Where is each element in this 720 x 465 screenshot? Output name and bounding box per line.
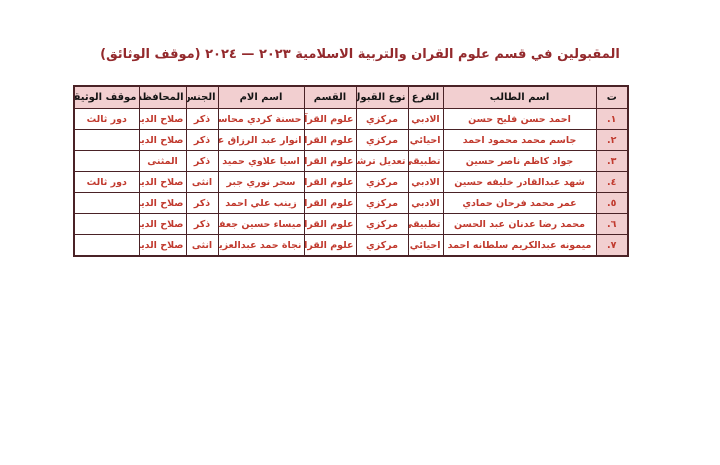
data-cell: انثى bbox=[186, 235, 218, 257]
data-cell: دور ثالث bbox=[74, 172, 139, 193]
data-cell: جاسم محمد محمود احمد bbox=[443, 130, 596, 151]
data-cell: علوم القران bbox=[304, 151, 356, 172]
data-cell: المثنى bbox=[139, 151, 186, 172]
data-cell: ذكر bbox=[186, 193, 218, 214]
data-cell: احمد حسن فليح حسن bbox=[443, 109, 596, 130]
table-row: ٥.عمر محمد فرحان حماديالادبيمركزيعلوم ال… bbox=[74, 193, 628, 214]
data-cell: صلاح الدين bbox=[139, 109, 186, 130]
header-row: تاسم الطالبالفرعنوع القبولالقسماسم الاما… bbox=[74, 86, 628, 109]
data-cell bbox=[74, 193, 139, 214]
data-cell: صلاح الدين bbox=[139, 214, 186, 235]
column-header: القسم bbox=[304, 86, 356, 109]
serial-cell: ٧. bbox=[596, 235, 628, 257]
table-row: ٣.جواد كاظم ناصر حسينتطبيقيتعديل ترشيحعل… bbox=[74, 151, 628, 172]
data-cell: دور ثالث bbox=[74, 109, 139, 130]
page-title: المقبولين في قسم علوم القران والتربية ال… bbox=[0, 47, 720, 62]
data-cell: شهد عبدالقادر خليفه حسين bbox=[443, 172, 596, 193]
data-cell: علوم القران bbox=[304, 172, 356, 193]
serial-cell: ٥. bbox=[596, 193, 628, 214]
column-header: موقف الوثيقة bbox=[74, 86, 139, 109]
data-cell: ذكر bbox=[186, 214, 218, 235]
data-cell: عمر محمد فرحان حمادي bbox=[443, 193, 596, 214]
serial-cell: ٣. bbox=[596, 151, 628, 172]
data-cell: صلاح الدين bbox=[139, 172, 186, 193]
data-cell: الادبي bbox=[408, 172, 443, 193]
column-header: اسم الام bbox=[218, 86, 304, 109]
data-cell: تطبيقي bbox=[408, 214, 443, 235]
serial-cell: ١. bbox=[596, 109, 628, 130]
students-table: تاسم الطالبالفرعنوع القبولالقسماسم الاما… bbox=[73, 85, 629, 257]
data-cell: صلاح الدين bbox=[139, 193, 186, 214]
table-body: ١.احمد حسن فليح حسنالادبيمركزيعلوم القرآ… bbox=[74, 109, 628, 257]
serial-cell: ٤. bbox=[596, 172, 628, 193]
column-header: ت bbox=[596, 86, 628, 109]
data-cell bbox=[74, 235, 139, 257]
data-cell: الادبي bbox=[408, 109, 443, 130]
data-cell: علوم القرآن bbox=[304, 109, 356, 130]
data-cell: صلاح الدين bbox=[139, 235, 186, 257]
data-cell: سحر نوري جبر bbox=[218, 172, 304, 193]
data-cell bbox=[74, 130, 139, 151]
data-cell: صلاح الدين bbox=[139, 130, 186, 151]
data-cell: تطبيقي bbox=[408, 151, 443, 172]
document-page: المقبولين في قسم علوم القران والتربية ال… bbox=[0, 0, 720, 465]
data-cell: علوم القران bbox=[304, 235, 356, 257]
data-cell: جواد كاظم ناصر حسين bbox=[443, 151, 596, 172]
data-cell: مركزي bbox=[356, 130, 408, 151]
data-cell: مركزي bbox=[356, 172, 408, 193]
data-cell: تعديل ترشيح bbox=[356, 151, 408, 172]
data-cell bbox=[74, 214, 139, 235]
data-cell: احيائي bbox=[408, 130, 443, 151]
data-cell: علوم القران bbox=[304, 214, 356, 235]
data-cell: ذكر bbox=[186, 109, 218, 130]
data-cell: احيائي bbox=[408, 235, 443, 257]
serial-cell: ٦. bbox=[596, 214, 628, 235]
data-cell bbox=[74, 151, 139, 172]
serial-cell: ٢. bbox=[596, 130, 628, 151]
data-cell: ذكر bbox=[186, 151, 218, 172]
column-header: الجنس bbox=[186, 86, 218, 109]
table-row: ١.احمد حسن فليح حسنالادبيمركزيعلوم القرآ… bbox=[74, 109, 628, 130]
data-cell: مركزي bbox=[356, 193, 408, 214]
data-cell: انثى bbox=[186, 172, 218, 193]
data-cell: زينب علي احمد bbox=[218, 193, 304, 214]
column-header: الفرع bbox=[408, 86, 443, 109]
data-cell: مركزي bbox=[356, 235, 408, 257]
column-header: اسم الطالب bbox=[443, 86, 596, 109]
data-cell: ميمونه عبدالكريم سلطانه احمد bbox=[443, 235, 596, 257]
data-cell: مركزي bbox=[356, 214, 408, 235]
data-cell: ذكر bbox=[186, 130, 218, 151]
table-row: ٤.شهد عبدالقادر خليفه حسينالادبيمركزيعلو… bbox=[74, 172, 628, 193]
data-cell: اسيا علاوي حميد bbox=[218, 151, 304, 172]
table-row: ٢.جاسم محمد محمود احمداحيائيمركزيعلوم ال… bbox=[74, 130, 628, 151]
data-cell: مركزي bbox=[356, 109, 408, 130]
data-cell: ميساء حسين جعفر bbox=[218, 214, 304, 235]
data-cell: علوم القران bbox=[304, 193, 356, 214]
data-cell: نجاة حمد عبدالعزيز bbox=[218, 235, 304, 257]
table-header: تاسم الطالبالفرعنوع القبولالقسماسم الاما… bbox=[74, 86, 628, 109]
column-header: المحافظة bbox=[139, 86, 186, 109]
table-row: ٧.ميمونه عبدالكريم سلطانه احمداحيائيمركز… bbox=[74, 235, 628, 257]
data-cell: الادبي bbox=[408, 193, 443, 214]
table-row: ٦.محمد رضا عدنان عبد الحسنتطبيقيمركزيعلو… bbox=[74, 214, 628, 235]
data-cell: علوم القران bbox=[304, 130, 356, 151]
column-header: نوع القبول bbox=[356, 86, 408, 109]
data-cell: انوار عبد الرزاق عبد الله bbox=[218, 130, 304, 151]
data-cell: محمد رضا عدنان عبد الحسن bbox=[443, 214, 596, 235]
data-cell: حسنة كردي محاسن bbox=[218, 109, 304, 130]
